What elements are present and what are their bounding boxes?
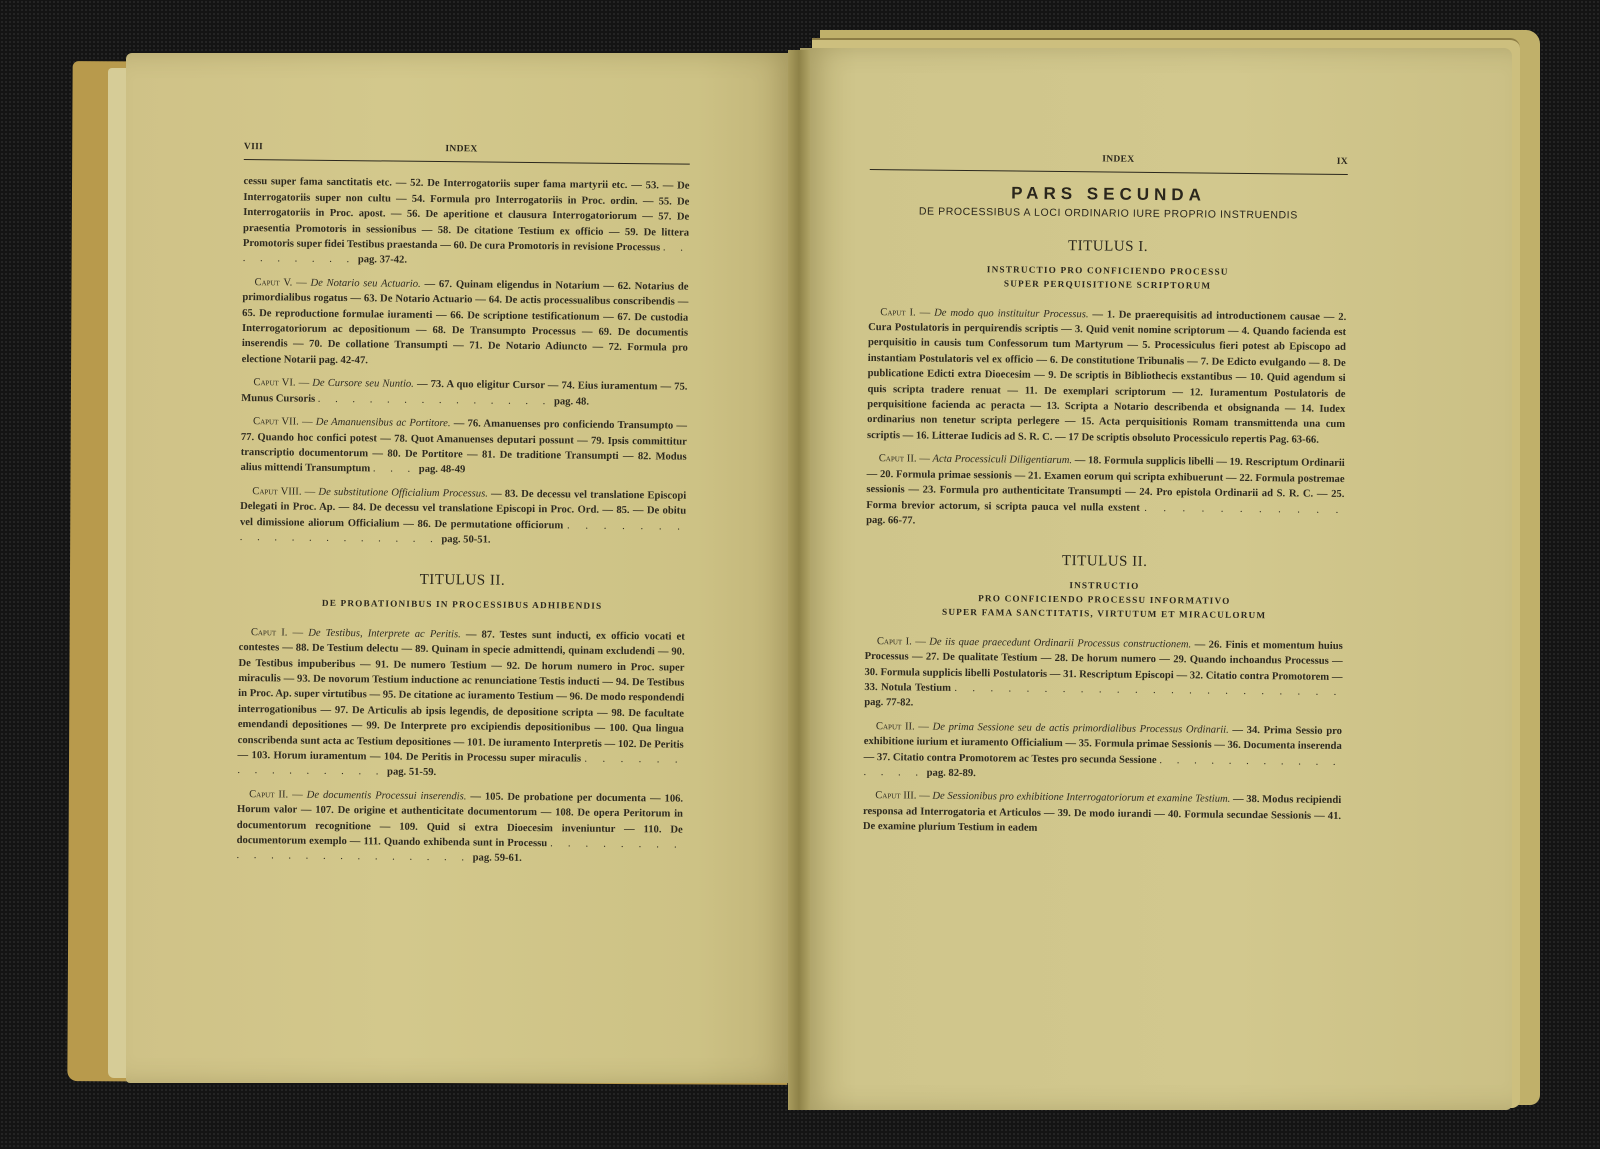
index-entry: Caput VII. — De Amanuensibus ac Portitor… <box>240 414 687 480</box>
titulus-subheading: DE PROBATIONIBUS IN PROCESSIBUS ADHIBEND… <box>239 595 685 614</box>
pars-subtitle: DE PROCESSIBUS A LOCI ORDINARIO IURE PRO… <box>869 204 1347 224</box>
index-entry: Caput II. — De documentis Processui inse… <box>236 787 683 869</box>
index-entry: Caput I. — De modo quo instituitur Proce… <box>867 305 1346 449</box>
page-ref: Pag. 63-66. <box>1269 434 1319 446</box>
running-head-title: INDEX <box>445 142 477 158</box>
index-entry: Caput VIII. — De substitutione Officiali… <box>240 484 687 550</box>
page-ref: pag. 51-59. <box>387 767 436 779</box>
index-entry: Caput II. — Acta Processiculi Diligentia… <box>866 451 1345 533</box>
running-head-title: INDEX <box>1102 152 1134 168</box>
page-ref: pag. 66-77. <box>866 515 915 527</box>
page-ref: pag. 50-51. <box>441 534 490 546</box>
index-entry: Caput VI. — De Cursore seu Nuntio. — 73.… <box>241 375 687 410</box>
page-ref: pag. 42-47. <box>319 355 368 367</box>
titulus-heading: TITULUS II. <box>239 571 685 591</box>
index-entry: Caput V. — De Notario seu Actuario. — 67… <box>242 275 689 372</box>
page-ref: pag. 37-42. <box>358 255 407 267</box>
index-entry: Caput III. — De Sessionibus pro exhibiti… <box>863 788 1341 839</box>
right-page-text: INDEX IX PARS SECUNDA DE PROCESSIBUS A L… <box>863 150 1348 848</box>
page-number: VIII <box>244 140 263 156</box>
page-ref: pag. 59-61. <box>473 853 522 865</box>
book-gutter <box>788 50 810 1110</box>
pars-title: PARS SECUNDA <box>869 184 1347 204</box>
running-head: INDEX IX <box>870 150 1348 175</box>
index-entry: Caput I. — De Testibus, Interprete ac Pe… <box>237 625 685 784</box>
running-head: VIII INDEX <box>244 140 690 165</box>
open-book: VIII INDEX cessu super fama sanctitatis … <box>0 0 1600 1149</box>
page-number: IX <box>1337 155 1348 171</box>
titulus-heading: TITULUS I. <box>869 237 1347 257</box>
index-entry: cessu super fama sanctitatis etc. — 52. … <box>243 174 690 271</box>
page-ref: pag. 48-49 <box>419 464 466 475</box>
titulus-subheading: INSTRUCTIO PRO CONFICIENDO PROCESSU SUPE… <box>869 261 1347 294</box>
page-ref: pag. 48. <box>554 396 589 407</box>
left-page-text: VIII INDEX cessu super fama sanctitatis … <box>236 140 690 876</box>
index-entry: Caput II. — De prima Sessione seu de act… <box>863 719 1342 786</box>
titulus-heading: TITULUS II. <box>866 552 1344 572</box>
index-entry: Caput I. — De iis quae praecedunt Ordina… <box>864 634 1343 716</box>
page-ref: pag. 77-82. <box>864 697 913 709</box>
titulus-subheading: INSTRUCTIO PRO CONFICIENDO PROCESSU INFO… <box>865 576 1343 623</box>
page-ref: pag. 82-89. <box>927 768 976 780</box>
